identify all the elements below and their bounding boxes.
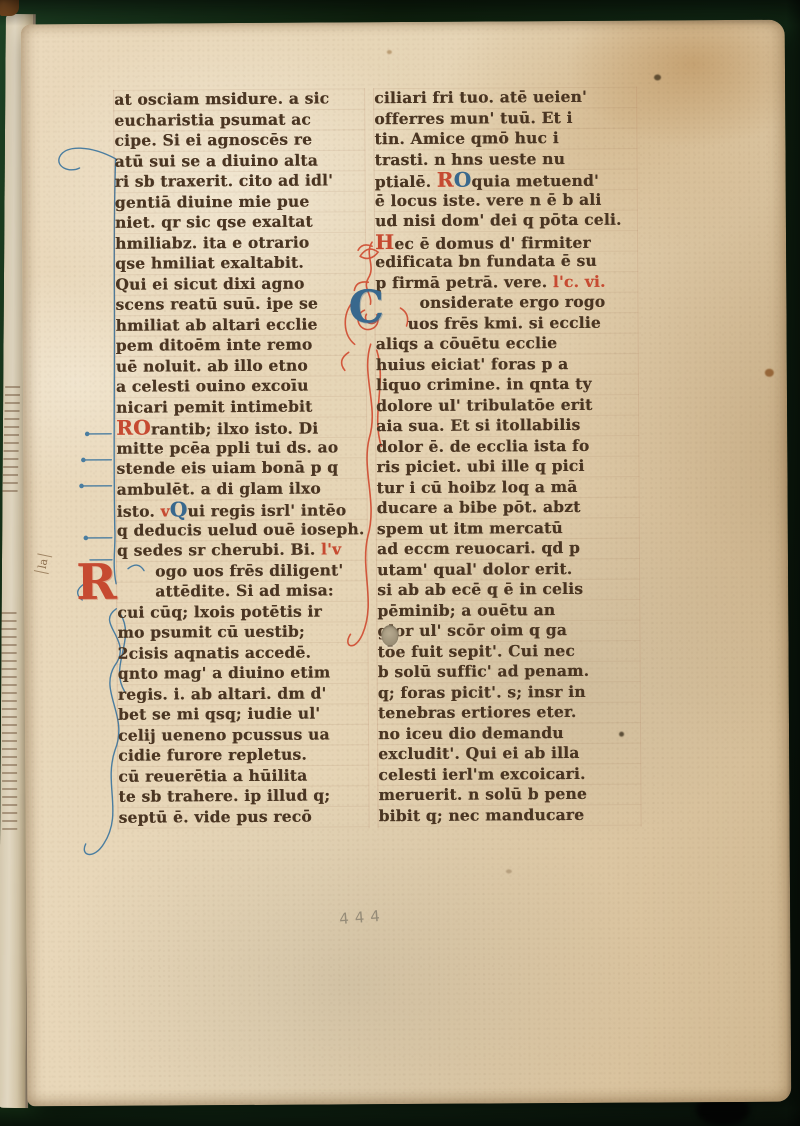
body-text: cū reuerētia a hūilita bbox=[118, 765, 307, 785]
manuscript-line: excludit'. Qui ei ab illa bbox=[378, 743, 640, 765]
body-text: ogo uos frēs diligent' bbox=[155, 560, 343, 580]
manuscript-line: si ab ab ecē q ē in celis bbox=[377, 579, 639, 601]
manuscript-line: p firmā petrā. vere. l'c. vi. bbox=[375, 271, 637, 293]
manuscript-photo: at osciam msidure. a siceucharistia psum… bbox=[0, 0, 800, 1126]
body-text: uē noluit. ab illo etno bbox=[116, 355, 308, 375]
manuscript-line: pēminib; a ouētu an bbox=[377, 599, 639, 621]
manuscript-line: a celesti ouino excoīu bbox=[116, 375, 366, 397]
manuscript-line: cipe. Si ei agnoscēs re bbox=[114, 129, 364, 151]
manuscript-line: at osciam msidure. a sic bbox=[114, 88, 364, 110]
body-text: regis. i. ab altari. dm d' bbox=[118, 683, 327, 703]
body-text: ec ē domus d' firmiter bbox=[394, 232, 591, 252]
body-text: offerres mun' tuū. Et i bbox=[374, 107, 572, 127]
body-text: bet se mi qsq; iudie ul' bbox=[118, 704, 320, 724]
stain-spot bbox=[765, 369, 774, 377]
manuscript-line: dolor ē. de ecclia ista fo bbox=[376, 435, 638, 457]
body-text: si ab ab ecē q ē in celis bbox=[377, 579, 583, 599]
manuscript-line: hmiliat ab altari ecclie bbox=[115, 314, 365, 336]
manuscript-line: 2cisis aqnatis accedē. bbox=[117, 642, 367, 664]
body-text: ri sb traxerit. cito ad idl' bbox=[115, 170, 333, 190]
manuscript-line: onsiderate ergo rogo bbox=[375, 292, 637, 314]
rubricated-text: l'c. vi. bbox=[553, 271, 606, 290]
manuscript-line: edificata bn fundata ē su bbox=[375, 251, 637, 273]
body-text: uos frēs kmi. si ecclie bbox=[407, 312, 600, 332]
manuscript-line: tin. Amice qmō huc i bbox=[374, 128, 636, 150]
manuscript-line: trasti. n hns ueste nu bbox=[374, 148, 636, 170]
manuscript-line: isto. vQui regis isrl' intēo bbox=[117, 498, 367, 520]
stain-spot bbox=[506, 869, 512, 873]
body-text: liquo crimine. in qnta ty bbox=[376, 374, 592, 394]
manuscript-line: aia sua. Et si itollabilis bbox=[376, 415, 638, 437]
manuscript-line: te sb trahere. ip illud q; bbox=[118, 785, 368, 807]
rubricated-text: H bbox=[375, 230, 394, 254]
manuscript-line: stende eis uiam bonā p q bbox=[116, 457, 366, 479]
manuscript-line: ogo uos frēs diligent' bbox=[117, 560, 367, 582]
body-text: cidie furore repletus. bbox=[118, 745, 307, 765]
body-text: spem ut itm mercatū bbox=[377, 518, 563, 538]
body-text: q; foras picit'. s; insr in bbox=[378, 681, 586, 701]
folio-number-pencil: 444 bbox=[339, 907, 387, 928]
body-text: trasti. n hns ueste nu bbox=[374, 149, 565, 169]
manuscript-line: liquo crimine. in qnta ty bbox=[376, 374, 638, 396]
manuscript-line: qnto mag' a diuino etim bbox=[118, 662, 368, 684]
body-text: hmiliat ab altari ecclie bbox=[115, 314, 317, 334]
manuscript-line: utam' qual' dolor erit. bbox=[377, 558, 639, 580]
body-text: pēminib; a ouētu an bbox=[377, 600, 555, 620]
body-text: aliqs a cōuētu ecclie bbox=[376, 333, 558, 353]
body-text: no iceu dio demandu bbox=[378, 723, 564, 743]
body-text: ui regis isrl' intēo bbox=[187, 500, 346, 520]
gutter-text-previous-page bbox=[2, 612, 18, 830]
body-text: pem ditoēm inte remo bbox=[116, 335, 313, 355]
body-text: celij ueneno pcussus ua bbox=[118, 724, 330, 744]
manuscript-line: ambulēt. a di glam ilxo bbox=[116, 478, 366, 500]
manuscript-line: celij ueneno pcussus ua bbox=[118, 724, 368, 746]
body-text: dolor ē. de ecclia ista fo bbox=[376, 435, 589, 455]
rubricated-text: RO bbox=[116, 416, 151, 440]
body-text: huius eiciat' foras p a bbox=[376, 354, 569, 374]
body-text: eucharistia psumat ac bbox=[114, 109, 311, 129]
body-text: mo psumit cū uestib; bbox=[117, 622, 305, 642]
body-text: edificata bn fundata ē su bbox=[375, 251, 597, 271]
rubricated-text: v bbox=[160, 501, 169, 520]
body-text: aia sua. Et si itollabilis bbox=[376, 415, 580, 435]
gutter-text-previous-page bbox=[3, 386, 21, 494]
manuscript-line: uos frēs kmi. si ecclie bbox=[375, 312, 637, 334]
margin-note: la bbox=[34, 553, 52, 574]
body-text: mitte pcēa ppli tui ds. ao bbox=[116, 437, 338, 457]
manuscript-line: ptialē. ROquia metuend' bbox=[375, 169, 637, 191]
rubricated-text: O bbox=[454, 168, 472, 192]
manuscript-line: q sedes sr cherubi. Bi. l'v bbox=[117, 539, 367, 561]
body-text: gentiā diuine mie pue bbox=[115, 191, 310, 211]
body-text: ptialē. bbox=[375, 172, 437, 191]
manuscript-line: ud nisi dom' dei q pōta celi. bbox=[375, 210, 637, 232]
manuscript-line: no iceu dio demandu bbox=[378, 722, 640, 744]
body-text: quia metuend' bbox=[471, 171, 599, 191]
body-text: tenebras ertiores eter. bbox=[378, 702, 577, 722]
rubricated-text: l'v bbox=[321, 539, 341, 558]
body-text: tin. Amice qmō huc i bbox=[374, 128, 558, 148]
body-text: attēdite. Si ad misa: bbox=[155, 580, 334, 600]
manuscript-line: meruerit. n solū b pene bbox=[378, 784, 640, 806]
body-text: celesti ierl'm excoicari. bbox=[378, 763, 585, 783]
body-text: niet. qr sic qse exaltat bbox=[115, 212, 313, 232]
manuscript-line: scens reatū suū. ipe se bbox=[115, 293, 365, 315]
text-column-left: at osciam msidure. a siceucharistia psum… bbox=[113, 88, 370, 830]
body-text: ciliari fri tuo. atē ueien' bbox=[374, 87, 587, 107]
manuscript-line: gentiā diuine mie pue bbox=[115, 191, 365, 213]
body-text: cipe. Si ei agnoscēs re bbox=[114, 130, 312, 150]
manuscript-line: tur i cū hoibz loq a mā bbox=[376, 476, 638, 498]
manuscript-line: tenebras ertiores eter. bbox=[378, 702, 640, 724]
manuscript-line: Qui ei sicut dixi agno bbox=[115, 273, 365, 295]
manuscript-line: ducare a bibe pōt. abzt bbox=[377, 497, 639, 519]
manuscript-line: mitte pcēa ppli tui ds. ao bbox=[116, 437, 366, 459]
body-text: dolore ul' tribulatōe erit bbox=[376, 394, 593, 414]
manuscript-line: niet. qr sic qse exaltat bbox=[115, 211, 365, 233]
body-text: ad eccm reuocari. qd p bbox=[377, 538, 580, 558]
body-text: at osciam msidure. a sic bbox=[114, 88, 329, 108]
body-text: nicari pemit intimebit bbox=[116, 396, 313, 416]
body-text: rantib; ilxo isto. Di bbox=[151, 419, 319, 439]
manuscript-line: cui cūq; lxois potētis ir bbox=[117, 601, 367, 623]
body-text: excludit'. Qui ei ab illa bbox=[378, 743, 579, 763]
manuscript-line: offerres mun' tuū. Et i bbox=[374, 107, 636, 129]
manuscript-line: qse hmiliat exaltabit. bbox=[115, 252, 365, 274]
manuscript-line: bet se mi qsq; iudie ul' bbox=[118, 703, 368, 725]
manuscript-line: q deducis uelud ouē ioseph. bbox=[117, 519, 367, 541]
rubricated-text: Q bbox=[170, 497, 188, 521]
body-text: qnto mag' a diuino etim bbox=[118, 662, 331, 682]
body-text: hmiliabz. ita e otrario bbox=[115, 232, 309, 252]
body-text: cui cūq; lxois potētis ir bbox=[117, 601, 322, 621]
body-text: qse hmiliat exaltabit. bbox=[115, 253, 304, 273]
manuscript-line: attēdite. Si ad misa: bbox=[117, 580, 367, 602]
manuscript-line: huius eiciat' foras p a bbox=[376, 353, 638, 375]
manuscript-line: spem ut itm mercatū bbox=[377, 517, 639, 539]
parchment-hole bbox=[381, 625, 398, 646]
body-text: 2cisis aqnatis accedē. bbox=[117, 642, 311, 662]
manuscript-line: aliqs a cōuētu ecclie bbox=[376, 333, 638, 355]
manuscript-line: Hec ē domus d' firmiter bbox=[375, 230, 637, 252]
manuscript-page: at osciam msidure. a siceucharistia psum… bbox=[21, 20, 792, 1107]
manuscript-line: septū ē. vide pus recō bbox=[118, 806, 368, 828]
manuscript-line: ad eccm reuocari. qd p bbox=[377, 538, 639, 560]
body-text: Qui ei sicut dixi agno bbox=[115, 273, 304, 293]
manuscript-line: hmiliabz. ita e otrario bbox=[115, 232, 365, 254]
manuscript-line: eucharistia psumat ac bbox=[114, 109, 364, 131]
body-text: ris piciet. ubi ille q pici bbox=[376, 456, 584, 476]
manuscript-line: dolore ul' tribulatōe erit bbox=[376, 394, 638, 416]
manuscript-line: ri sb traxerit. cito ad idl' bbox=[115, 170, 365, 192]
manuscript-line: cidie furore repletus. bbox=[118, 744, 368, 766]
manuscript-line: ē locus iste. vere n ē b ali bbox=[375, 189, 637, 211]
manuscript-line: ciliari fri tuo. atē ueien' bbox=[374, 87, 636, 109]
body-text: isto. bbox=[117, 501, 161, 520]
stain-spot bbox=[654, 74, 661, 80]
manuscript-line: uē noluit. ab illo etno bbox=[116, 355, 366, 377]
manuscript-line: b solū suffic' ad penam. bbox=[378, 661, 640, 683]
manuscript-line: mo psumit cū uestib; bbox=[117, 621, 367, 643]
body-text: stende eis uiam bonā p q bbox=[116, 457, 338, 477]
body-text: q sedes sr cherubi. Bi. bbox=[117, 540, 321, 560]
body-text: atū sui se a diuino alta bbox=[114, 150, 318, 170]
body-text: meruerit. n solū b pene bbox=[378, 784, 587, 804]
body-text: utam' qual' dolor erit. bbox=[377, 558, 572, 578]
body-text: te sb trahere. ip illud q; bbox=[118, 785, 330, 805]
manuscript-line: ROrantib; ilxo isto. Di bbox=[116, 416, 366, 438]
manuscript-line: ris piciet. ubi ille q pici bbox=[376, 456, 638, 478]
manuscript-line: celesti ierl'm excoicari. bbox=[378, 763, 640, 785]
drop-cap-R: R bbox=[76, 558, 117, 607]
body-text: septū ē. vide pus recō bbox=[118, 806, 311, 826]
body-text: q deducis uelud ouē ioseph. bbox=[117, 519, 365, 540]
body-text: onsiderate ergo rogo bbox=[419, 292, 605, 312]
body-text: glor ul' scōr oim q ga bbox=[377, 620, 567, 640]
body-text: scens reatū suū. ipe se bbox=[115, 294, 318, 314]
rubricated-text: R bbox=[437, 168, 454, 192]
manuscript-line: regis. i. ab altari. dm d' bbox=[118, 683, 368, 705]
text-column-right: ciliari fri tuo. atē ueien'offerres mun'… bbox=[373, 87, 642, 829]
manuscript-line: tōe fuit sepit'. Cui nec bbox=[377, 640, 639, 662]
body-text: p firmā petrā. vere. bbox=[375, 272, 553, 292]
body-text: ē locus iste. vere n ē b ali bbox=[375, 189, 602, 209]
manuscript-line: bibit q; nec manducare bbox=[378, 804, 640, 826]
stain-spot bbox=[387, 50, 392, 54]
body-text: ducare a bibe pōt. abzt bbox=[377, 497, 581, 517]
manuscript-line: glor ul' scōr oim q ga bbox=[377, 620, 639, 642]
body-text: tur i cū hoibz loq a mā bbox=[376, 476, 577, 496]
body-text: tōe fuit sepit'. Cui nec bbox=[377, 640, 575, 660]
manuscript-line: cū reuerētia a hūilita bbox=[118, 765, 368, 787]
body-text: ud nisi dom' dei q pōta celi. bbox=[375, 210, 622, 231]
body-text: b solū suffic' ad penam. bbox=[378, 661, 590, 681]
body-text: bibit q; nec manducare bbox=[378, 804, 584, 824]
body-text: ambulēt. a di glam ilxo bbox=[116, 478, 320, 498]
manuscript-line: pem ditoēm inte remo bbox=[116, 334, 366, 356]
stain-spot bbox=[619, 732, 624, 737]
body-text: a celesti ouino excoīu bbox=[116, 376, 309, 396]
manuscript-line: atū sui se a diuino alta bbox=[114, 150, 364, 172]
manuscript-line: q; foras picit'. s; insr in bbox=[378, 681, 640, 703]
manuscript-line: nicari pemit intimebit bbox=[116, 396, 366, 418]
